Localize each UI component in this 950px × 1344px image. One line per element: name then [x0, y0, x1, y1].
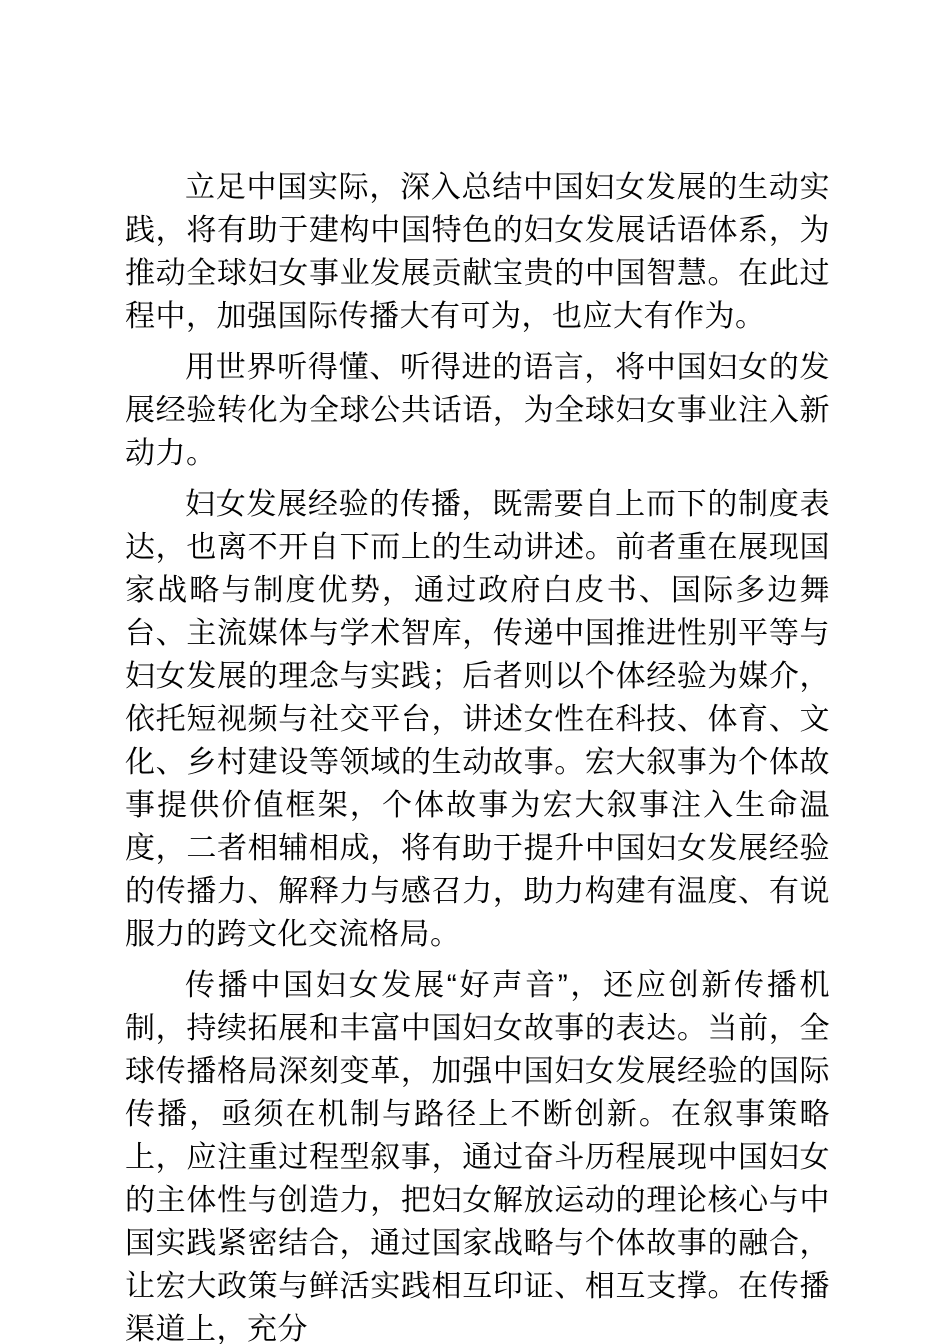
- document-body-text: 立足中国实际，深入总结中国妇女发展的生动实践，将有助于建构中国特色的妇女发展话语…: [125, 166, 830, 1344]
- document-page: 立足中国实际，深入总结中国妇女发展的生动实践，将有助于建构中国特色的妇女发展话语…: [0, 0, 950, 1344]
- paragraph: 妇女发展经验的传播，既需要自上而下的制度表达，也离不开自下而上的生动讲述。前者重…: [125, 483, 830, 956]
- paragraph: 用世界听得懂、听得进的语言，将中国妇女的发展经验转化为全球公共话语，为全球妇女事…: [125, 346, 830, 475]
- paragraph: 传播中国妇女发展“好声音”，还应创新传播机制，持续拓展和丰富中国妇女故事的表达。…: [125, 964, 830, 1344]
- paragraph: 立足中国实际，深入总结中国妇女发展的生动实践，将有助于建构中国特色的妇女发展话语…: [125, 166, 830, 338]
